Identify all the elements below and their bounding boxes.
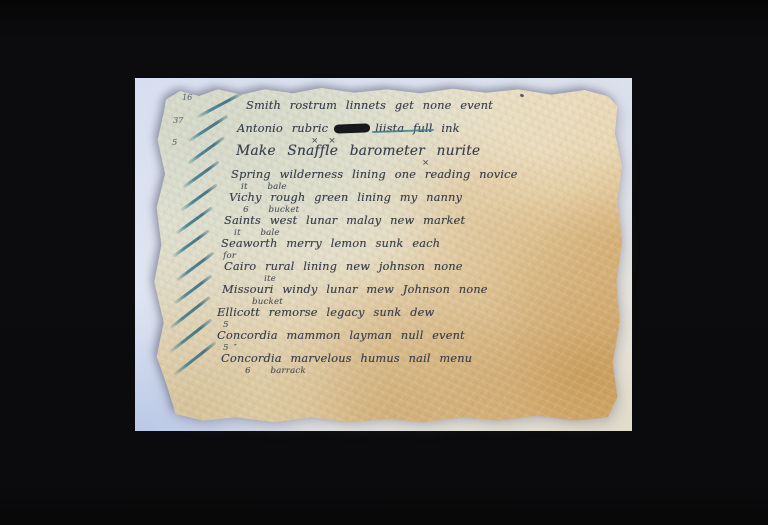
line-text: Seaworth merry lemon sunk each [221, 237, 440, 250]
handwritten-line: 37Antonio rubricliista full ink× × [237, 122, 460, 136]
handwritten-line: Saints west lunar malay new marketit bal… [224, 214, 465, 228]
pencil-number: 16 [182, 91, 192, 105]
check-mark-icon [187, 136, 224, 164]
line-text: Smith rostrum linnets get none event [246, 99, 493, 112]
handwritten-line: Seaworth merry lemon sunk eachfor [221, 237, 440, 251]
check-mark-icon [196, 92, 241, 118]
check-mark-icon [174, 341, 217, 375]
struck-text: liista full [375, 122, 432, 135]
line-text: Make Snaffle barometer nurite [236, 143, 480, 159]
paper-shadow: 16Smith rostrum linnets get none event37… [135, 78, 632, 431]
handwritten-line: Concordia marvelous humus nail menu6 bar… [221, 352, 472, 366]
handwritten-line: Missouri windy lunar mew Johnson nonebuc… [222, 283, 488, 297]
handwritten-line: 5Make Snaffle barometer nurite× [236, 144, 480, 158]
paper-sheet: 16Smith rostrum linnets get none event37… [152, 86, 622, 424]
handwritten-lines: 16Smith rostrum linnets get none event37… [152, 86, 622, 424]
line-text: Ellicott remorse legacy sunk dew [217, 306, 434, 319]
handwritten-line: Spring wilderness lining one reading nov… [231, 168, 517, 182]
line-text: ink [433, 122, 460, 135]
document-photo: 16Smith rostrum linnets get none event37… [135, 78, 632, 431]
line-text: Concordia mammon layman null event [217, 329, 465, 342]
pencil-number: 37 [173, 114, 183, 128]
line-text: Cairo rural lining new johnson none [224, 260, 463, 273]
handwritten-line: Vichy rough green lining my nanny6 bucke… [229, 191, 462, 205]
handwritten-line: 16Smith rostrum linnets get none event [246, 99, 493, 113]
handwritten-line: Cairo rural lining new johnson noneite [224, 260, 463, 274]
annotation-below: 6 barrack [245, 364, 306, 378]
check-mark-icon [172, 229, 209, 257]
redaction-scribble [334, 123, 370, 133]
handwritten-line: Ellicott remorse legacy sunk dew5 [217, 306, 434, 320]
handwritten-line: Concordia mammon layman null event5 ″ [217, 329, 465, 343]
pencil-number: 5 [172, 136, 177, 150]
